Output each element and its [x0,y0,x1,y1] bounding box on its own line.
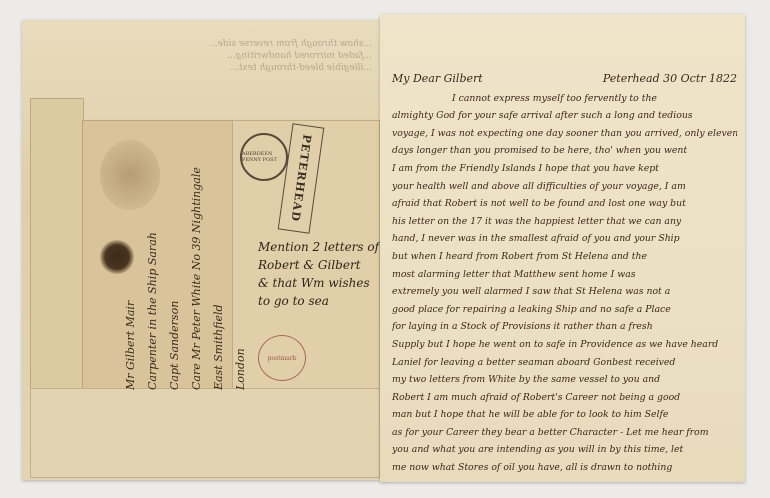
letter-line: I am from the Friendly Islands I hope th… [392,160,737,178]
letter-line: I cannot express myself too fervently to… [392,90,737,108]
ghost-line: ...illegible bleed-through text... [32,62,372,74]
ghost-line: ...faded mirrored handwriting... [32,50,372,62]
address-block: Mr Gilbert Mair Carpenter in the Ship Sa… [120,130,230,390]
letter-line: my two letters from White by the same ve… [392,371,737,389]
bleed-through-text: ...show through from reverse side... ...… [32,38,372,74]
letter-line: most alarming letter that Matthew sent h… [392,266,737,284]
annotation-line: & that Wm wishes [258,274,388,292]
address-line: Capt Sanderson [164,130,186,390]
fold-panel-bottom [30,388,380,478]
letter-line: good place for repairing a leaking Ship … [392,301,737,319]
letter-line: but when I heard from Robert from St Hel… [392,248,737,266]
letter-line: almighty God for your safe arrival after… [392,107,737,125]
penny-post-stamp: ABERDEEN PENNY POST [240,133,288,181]
letter-line: extremely you well alarmed I saw that St… [392,283,737,301]
annotation-line: to go to sea [258,292,388,310]
letter-line: for laying in a Stock of Provisions it r… [392,318,737,336]
letter-line: Robert I am much afraid of Robert's Care… [392,389,737,407]
red-postmark: postmark [258,335,306,381]
letter-line: your health well and above all difficult… [392,178,737,196]
letter-line: afraid that Robert is not well to be fou… [392,195,737,213]
pencil-annotation: Mention 2 letters of Robert & Gilbert & … [258,238,388,310]
address-line: Care Mr Peter White No 39 Nightingale [186,130,208,390]
letter-line: days longer than you promised to be here… [392,142,737,160]
letter-line: Supply but I hope he went on to safe in … [392,336,737,354]
letter-line: Laniel for leaving a better seaman aboar… [392,354,737,372]
salutation: My Dear Gilbert [392,70,483,88]
letter-line: you and what you are intending as you wi… [392,441,737,459]
place-date: Peterhead 30 Octr 1822 [603,70,737,88]
letter-line: man but I hope that he will be able for … [392,406,737,424]
fold-panel-left [30,98,84,390]
letter-body: My Dear Gilbert Peterhead 30 Octr 1822 I… [392,70,737,477]
letter-line: his letter on the 17 it was the happiest… [392,213,737,231]
annotation-line: Robert & Gilbert [258,256,388,274]
address-line: Mr Gilbert Mair [120,130,142,390]
letter-line: hand, I never was in the smallest afraid… [392,230,737,248]
letter-line: voyage, I was not expecting one day soon… [392,125,737,143]
ghost-line: ...show through from reverse side... [32,38,372,50]
annotation-line: Mention 2 letters of [258,238,388,256]
letter-heading: My Dear Gilbert Peterhead 30 Octr 1822 [392,70,737,88]
letter-line: as for your Career they bear a better Ch… [392,424,737,442]
address-line: East Smithfield [208,130,230,390]
letter-line: me now what Stores of oil you have, all … [392,459,737,477]
address-line: Carpenter in the Ship Sarah [142,130,164,390]
